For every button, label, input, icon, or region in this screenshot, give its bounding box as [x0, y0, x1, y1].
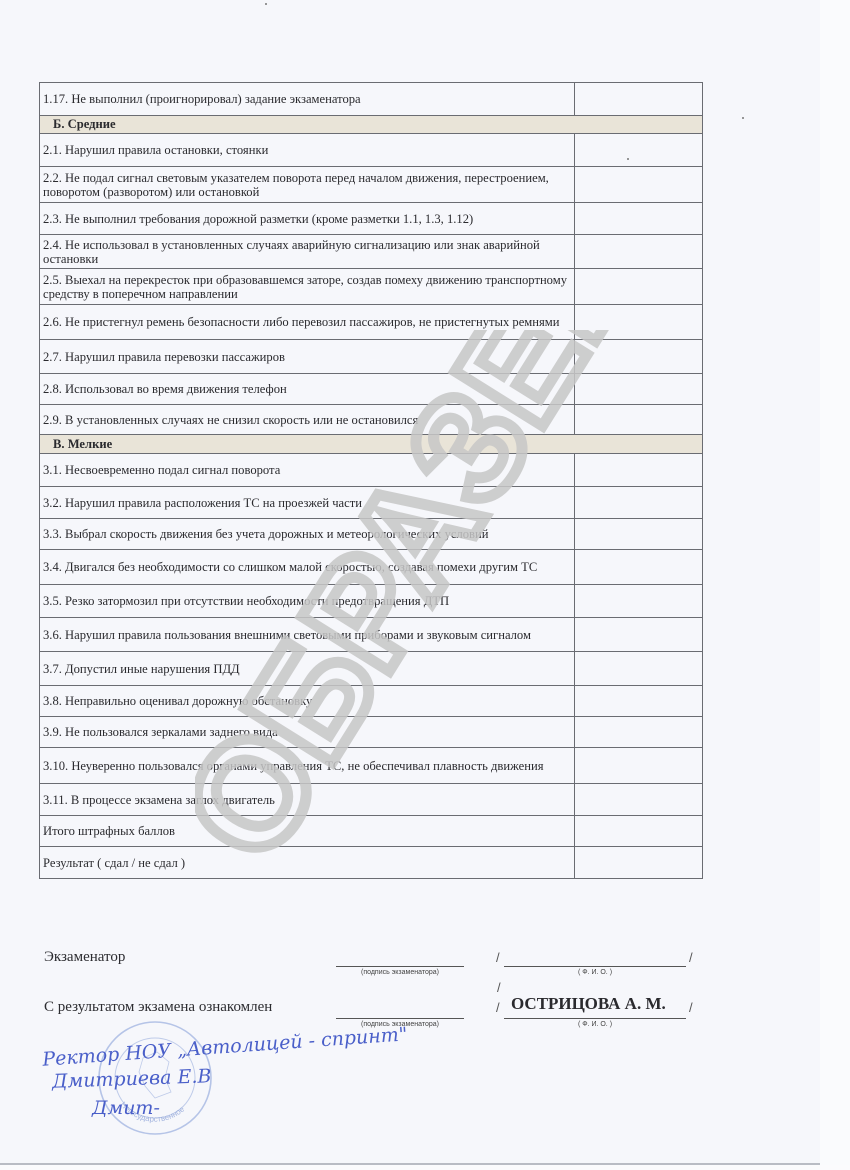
examiner-label: Экзаменатор [44, 949, 125, 966]
table-row: 2.8. Использовал во время движения телеф… [40, 373, 702, 404]
score-cell[interactable] [575, 652, 702, 685]
slash: / [496, 950, 500, 965]
score-cell[interactable] [575, 454, 702, 486]
exam-errors-table: 1.17. Не выполнил (проигнорировал) задан… [39, 82, 703, 879]
slash: / [496, 1000, 500, 1015]
score-cell[interactable] [575, 305, 702, 339]
scan-speck [265, 3, 267, 5]
table-row: Результат ( сдал / не сдал ) [40, 846, 702, 878]
acknowledged-fio-value: ОСТРИЦОВА А. М. [511, 994, 666, 1014]
section-title: В. Мелкие [40, 435, 112, 453]
score-cell[interactable] [575, 550, 702, 584]
violation-description: 3.6. Нарушил правила пользования внешним… [40, 618, 575, 651]
table-row: 3.2. Нарушил правила расположения ТС на … [40, 486, 702, 518]
violation-description: 3.5. Резко затормозил при отсутствии нео… [40, 585, 575, 617]
violation-description: Итого штрафных баллов [40, 816, 575, 846]
violation-description: 3.9. Не пользовался зеркалами заднего ви… [40, 717, 575, 747]
score-cell[interactable] [575, 686, 702, 716]
examiner-fio-line[interactable] [504, 966, 686, 967]
violation-description: 3.1. Несвоевременно подал сигнал поворот… [40, 454, 575, 486]
violation-description: 2.3. Не выполнил требования дорожной раз… [40, 203, 575, 234]
examiner-fio-caption: ( Ф. И. О. ) [504, 969, 686, 976]
table-row: 3.7. Допустил иные нарушения ПДД [40, 651, 702, 685]
acknowledged-signature-line[interactable] [336, 1018, 464, 1019]
table-row: 3.4. Двигался без необходимости со слишк… [40, 549, 702, 584]
acknowledged-fio-line[interactable] [504, 1018, 686, 1019]
score-cell[interactable] [575, 519, 702, 549]
table-row: 2.4. Не использовал в установленных случ… [40, 234, 702, 268]
violation-description: 3.3. Выбрал скорость движения без учета … [40, 519, 575, 549]
acknowledged-label: С результатом экзамена ознакомлен [44, 999, 272, 1016]
violation-description: 2.9. В установленных случаях не снизил с… [40, 405, 575, 434]
violation-description: 3.2. Нарушил правила расположения ТС на … [40, 487, 575, 518]
handwritten-signature: Дмит- [92, 1097, 160, 1119]
score-cell[interactable] [575, 748, 702, 783]
table-row: 3.8. Неправильно оценивал дорожную обста… [40, 685, 702, 716]
table-row: Итого штрафных баллов [40, 815, 702, 846]
table-row: 3.1. Несвоевременно подал сигнал поворот… [40, 453, 702, 486]
scan-speck [742, 117, 744, 119]
section-header: В. Мелкие [40, 434, 702, 453]
score-cell[interactable] [575, 487, 702, 518]
violation-description: 2.8. Использовал во время движения телеф… [40, 374, 575, 404]
score-cell[interactable] [575, 585, 702, 617]
score-cell[interactable] [575, 134, 702, 166]
slash: / [689, 1000, 693, 1015]
table-row: 2.6. Не пристегнул ремень безопасности л… [40, 304, 702, 339]
slash: / [497, 980, 501, 995]
score-cell[interactable] [575, 816, 702, 846]
score-cell[interactable] [575, 203, 702, 234]
scan-margin-bottom [0, 1165, 850, 1170]
violation-description: 1.17. Не выполнил (проигнорировал) задан… [40, 83, 575, 115]
violation-description: 3.11. В процессе экзамена заглох двигате… [40, 784, 575, 815]
table-row: 2.7. Нарушил правила перевозки пассажиро… [40, 339, 702, 373]
violation-description: 3.7. Допустил иные нарушения ПДД [40, 652, 575, 685]
score-cell[interactable] [575, 847, 702, 878]
table-row: 2.2. Не подал сигнал световым указателем… [40, 166, 702, 202]
acknowledged-fio-caption: ( Ф. И. О. ) [504, 1021, 686, 1028]
score-cell[interactable] [575, 374, 702, 404]
violation-description: 3.4. Двигался без необходимости со слишк… [40, 550, 575, 584]
table-row: 1.17. Не выполнил (проигнорировал) задан… [40, 83, 702, 115]
section-header: Б. Средние [40, 115, 702, 133]
score-cell[interactable] [575, 784, 702, 815]
table-row: 2.3. Не выполнил требования дорожной раз… [40, 202, 702, 234]
violation-description: 3.10. Неуверенно пользовался органами уп… [40, 748, 575, 783]
score-cell[interactable] [575, 235, 702, 268]
table-row: 2.5. Выехал на перекресток при образовав… [40, 268, 702, 304]
score-cell[interactable] [575, 167, 702, 202]
table-row: 2.1. Нарушил правила остановки, стоянки [40, 133, 702, 166]
violation-description: 2.5. Выехал на перекресток при образовав… [40, 269, 575, 304]
table-row: 3.6. Нарушил правила пользования внешним… [40, 617, 702, 651]
section-title: Б. Средние [40, 116, 116, 133]
table-row: 3.5. Резко затормозил при отсутствии нео… [40, 584, 702, 617]
examiner-signature-caption: (подпись экзаменатора) [336, 969, 464, 976]
table-row: 3.10. Неуверенно пользовался органами уп… [40, 747, 702, 783]
table-row: 3.3. Выбрал скорость движения без учета … [40, 518, 702, 549]
slash: / [689, 950, 693, 965]
violation-description: 2.1. Нарушил правила остановки, стоянки [40, 134, 575, 166]
table-row: 2.9. В установленных случаях не снизил с… [40, 404, 702, 434]
score-cell[interactable] [575, 618, 702, 651]
score-cell[interactable] [575, 269, 702, 304]
violation-description: 2.4. Не использовал в установленных случ… [40, 235, 575, 268]
score-cell[interactable] [575, 83, 702, 115]
violation-description: 2.2. Не подал сигнал световым указателем… [40, 167, 575, 202]
violation-description: 3.8. Неправильно оценивал дорожную обста… [40, 686, 575, 716]
score-cell[interactable] [575, 717, 702, 747]
score-cell[interactable] [575, 405, 702, 434]
violation-description: 2.7. Нарушил правила перевозки пассажиро… [40, 340, 575, 373]
violation-description: Результат ( сдал / не сдал ) [40, 847, 575, 878]
table-row: 3.9. Не пользовался зеркалами заднего ви… [40, 716, 702, 747]
violation-description: 2.6. Не пристегнул ремень безопасности л… [40, 305, 575, 339]
scan-margin [820, 0, 850, 1170]
examiner-signature-line[interactable] [336, 966, 464, 967]
score-cell[interactable] [575, 340, 702, 373]
table-row: 3.11. В процессе экзамена заглох двигате… [40, 783, 702, 815]
